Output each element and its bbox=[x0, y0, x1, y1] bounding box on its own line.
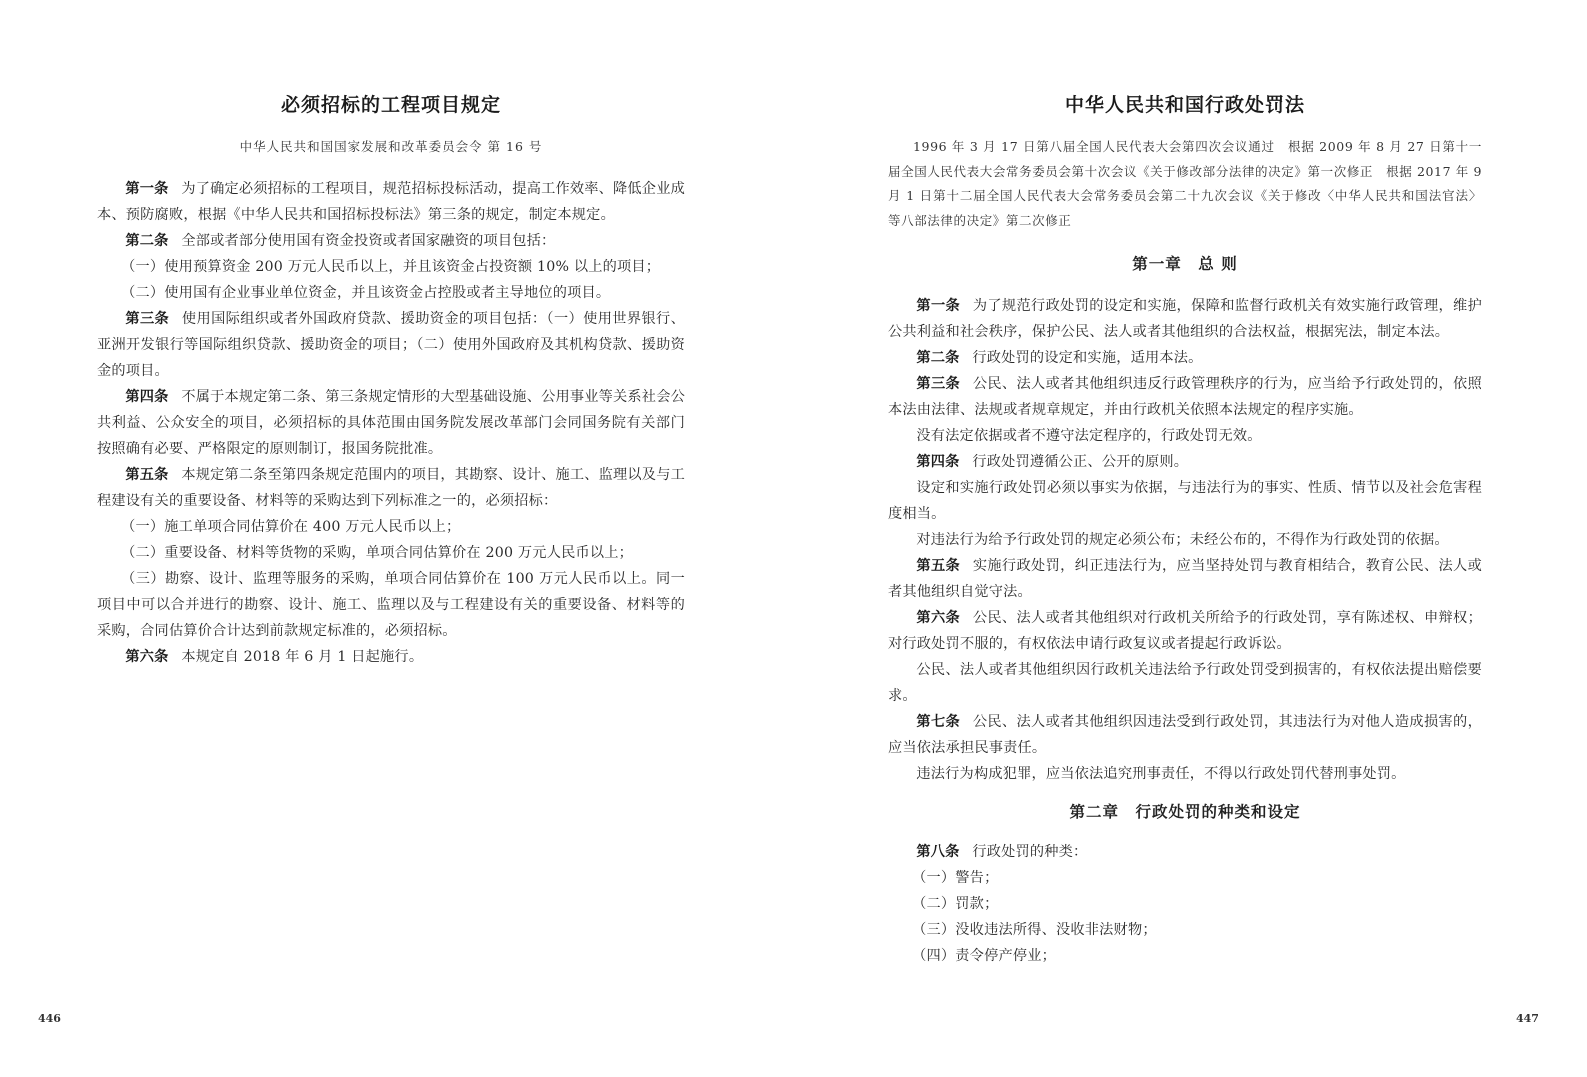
list-item: （一）施工单项合同估算价在 400 万元人民币以上； bbox=[97, 514, 685, 540]
article-text: 为了规范行政处罚的设定和实施，保障和监督行政机关有效实施行政管理，维护公共利益和… bbox=[888, 298, 1482, 340]
document-title: 必须招标的工程项目规定 bbox=[97, 90, 685, 117]
list-item-text: （二）使用国有企业事业单位资金，并且该资金占控股或者主导地位的项目。 bbox=[121, 285, 610, 301]
article-number: 第八条 bbox=[916, 844, 959, 860]
chapter-heading: 第二章 行政处罚的种类和设定 bbox=[888, 797, 1482, 827]
paragraph: 违法行为构成犯罪，应当依法追究刑事责任，不得以行政处罚代替刑事处罚。 bbox=[888, 761, 1482, 787]
article-number: 第三条 bbox=[916, 376, 960, 392]
article-text: 全部或者部分使用国有资金投资或者国家融资的项目包括： bbox=[181, 233, 555, 249]
list-item-text: （一）施工单项合同估算价在 400 万元人民币以上； bbox=[121, 519, 460, 535]
article-paragraph: 第五条本规定第二条至第四条规定范围内的项目，其勘察、设计、施工、监理以及与工程建… bbox=[97, 462, 685, 514]
list-item-text: （二）罚款； bbox=[912, 896, 998, 912]
paragraph-text: 对违法行为给予行政处罚的规定必须公布；未经公布的，不得作为行政处罚的依据。 bbox=[916, 532, 1448, 548]
paragraph-text: 设定和实施行政处罚必须以事实为依据，与违法行为的事实、性质、情节以及社会危害程度… bbox=[888, 480, 1482, 522]
article-paragraph: 第四条行政处罚遵循公正、公开的原则。 bbox=[888, 449, 1482, 475]
article-text: 公民、法人或者其他组织对行政机关所给予的行政处罚，享有陈述权、申辩权；对行政处罚… bbox=[888, 610, 1482, 652]
list-item: （四）责令停产停业； bbox=[888, 943, 1482, 969]
article-text: 本规定第二条至第四条规定范围内的项目，其勘察、设计、施工、监理以及与工程建设有关… bbox=[97, 467, 685, 509]
article-number: 第七条 bbox=[916, 714, 960, 730]
article-paragraph: 第二条行政处罚的设定和实施，适用本法。 bbox=[888, 345, 1482, 371]
article-text: 行政处罚的设定和实施，适用本法。 bbox=[972, 350, 1202, 366]
article-number: 第二条 bbox=[916, 350, 959, 366]
article-paragraph: 第一条为了确定必须招标的工程项目，规范招标投标活动，提高工作效率、降低企业成本、… bbox=[97, 176, 685, 228]
article-paragraph: 第六条公民、法人或者其他组织对行政机关所给予的行政处罚，享有陈述权、申辩权；对行… bbox=[888, 605, 1482, 657]
article-paragraph: 第六条本规定自 2018 年 6 月 1 日起施行。 bbox=[97, 644, 685, 670]
article-paragraph: 第三条公民、法人或者其他组织违反行政管理秩序的行为，应当给予行政处罚的，依照本法… bbox=[888, 371, 1482, 423]
list-item-text: （一）警告； bbox=[912, 870, 998, 886]
article-text: 本规定自 2018 年 6 月 1 日起施行。 bbox=[181, 649, 423, 665]
article-paragraph: 第二条全部或者部分使用国有资金投资或者国家融资的项目包括： bbox=[97, 228, 685, 254]
article-paragraph: 第八条行政处罚的种类： bbox=[888, 839, 1482, 865]
list-item: （三）勘察、设计、监理等服务的采购，单项合同估算价在 100 万元人民币以上。同… bbox=[97, 566, 685, 644]
article-number: 第四条 bbox=[916, 454, 959, 470]
paragraph-text: 违法行为构成犯罪，应当依法追究刑事责任，不得以行政处罚代替刑事处罚。 bbox=[916, 766, 1405, 782]
article-paragraph: 第三条使用国际组织或者外国政府贷款、援助资金的项目包括：（一）使用世界银行、亚洲… bbox=[97, 306, 685, 384]
left-page-body: 第一条为了确定必须招标的工程项目，规范招标投标活动，提高工作效率、降低企业成本、… bbox=[97, 176, 685, 670]
article-paragraph: 第一条为了规范行政处罚的设定和实施，保障和监督行政机关有效实施行政管理，维护公共… bbox=[888, 293, 1482, 345]
page-number-left: 446 bbox=[38, 1012, 61, 1025]
list-item: （一）使用预算资金 200 万元人民币以上，并且该资金占投资额 10% 以上的项… bbox=[97, 254, 685, 280]
article-number: 第三条 bbox=[125, 311, 169, 327]
list-item: （二）罚款； bbox=[888, 891, 1482, 917]
article-paragraph: 第四条不属于本规定第二条、第三条规定情形的大型基础设施、公用事业等关系社会公共利… bbox=[97, 384, 685, 462]
article-text: 使用国际组织或者外国政府贷款、援助资金的项目包括：（一）使用世界银行、亚洲开发银… bbox=[97, 311, 685, 379]
article-number: 第五条 bbox=[916, 558, 960, 574]
paragraph-text: 没有法定依据或者不遵守法定程序的，行政处罚无效。 bbox=[916, 428, 1261, 444]
article-text: 公民、法人或者其他组织因违法受到行政处罚，其违法行为对他人造成损害的，应当依法承… bbox=[888, 714, 1482, 756]
paragraph: 公民、法人或者其他组织因行政机关违法给予行政处罚受到损害的，有权依法提出赔偿要求… bbox=[888, 657, 1482, 709]
article-text: 为了确定必须招标的工程项目，规范招标投标活动，提高工作效率、降低企业成本、预防腐… bbox=[97, 181, 685, 223]
right-page: 中华人民共和国行政处罚法 1996 年 3 月 17 日第八届全国人民代表大会第… bbox=[888, 0, 1482, 1077]
article-text: 公民、法人或者其他组织违反行政管理秩序的行为，应当给予行政处罚的，依照本法由法律… bbox=[888, 376, 1482, 418]
list-item: （二）使用国有企业事业单位资金，并且该资金占控股或者主导地位的项目。 bbox=[97, 280, 685, 306]
list-item: （一）警告； bbox=[888, 865, 1482, 891]
paragraph: 没有法定依据或者不遵守法定程序的，行政处罚无效。 bbox=[888, 423, 1482, 449]
list-item-text: （三）勘察、设计、监理等服务的采购，单项合同估算价在 100 万元人民币以上。同… bbox=[97, 571, 685, 639]
list-item-text: （四）责令停产停业； bbox=[912, 948, 1056, 964]
article-paragraph: 第五条实施行政处罚，纠正违法行为，应当坚持处罚与教育相结合，教育公民、法人或者其… bbox=[888, 553, 1482, 605]
article-text: 行政处罚的种类： bbox=[972, 844, 1087, 860]
page-number-right: 447 bbox=[1516, 1012, 1539, 1025]
paragraph: 对违法行为给予行政处罚的规定必须公布；未经公布的，不得作为行政处罚的依据。 bbox=[888, 527, 1482, 553]
list-item: （二）重要设备、材料等货物的采购，单项合同估算价在 200 万元人民币以上； bbox=[97, 540, 685, 566]
list-item-text: （三）没收违法所得、没收非法财物； bbox=[912, 922, 1157, 938]
right-page-body: 第一章 总 则 第一条为了规范行政处罚的设定和实施，保障和监督行政机关有效实施行… bbox=[888, 249, 1482, 969]
chapter-heading: 第一章 总 则 bbox=[888, 249, 1482, 279]
article-number: 第四条 bbox=[125, 389, 168, 405]
article-number: 第六条 bbox=[916, 610, 960, 626]
article-number: 第二条 bbox=[125, 233, 168, 249]
article-number: 第五条 bbox=[125, 467, 168, 483]
paragraph: 设定和实施行政处罚必须以事实为依据，与违法行为的事实、性质、情节以及社会危害程度… bbox=[888, 475, 1482, 527]
paragraph-text: 公民、法人或者其他组织因行政机关违法给予行政处罚受到损害的，有权依法提出赔偿要求… bbox=[888, 662, 1482, 704]
list-item-text: （二）重要设备、材料等货物的采购，单项合同估算价在 200 万元人民币以上； bbox=[121, 545, 633, 561]
article-text: 行政处罚遵循公正、公开的原则。 bbox=[972, 454, 1188, 470]
article-number: 第一条 bbox=[125, 181, 168, 197]
article-number: 第六条 bbox=[125, 649, 168, 665]
document-preamble: 1996 年 3 月 17 日第八届全国人民代表大会第四次会议通过 根据 200… bbox=[888, 135, 1482, 233]
list-item: （三）没收违法所得、没收非法财物； bbox=[888, 917, 1482, 943]
document-subtitle: 中华人民共和国国家发展和改革委员会令 第 16 号 bbox=[97, 137, 685, 155]
article-number: 第一条 bbox=[916, 298, 960, 314]
left-page: 必须招标的工程项目规定 中华人民共和国国家发展和改革委员会令 第 16 号 第一… bbox=[97, 0, 685, 1077]
article-text: 实施行政处罚，纠正违法行为，应当坚持处罚与教育相结合，教育公民、法人或者其他组织… bbox=[888, 558, 1482, 600]
document-title: 中华人民共和国行政处罚法 bbox=[888, 90, 1482, 117]
article-text: 不属于本规定第二条、第三条规定情形的大型基础设施、公用事业等关系社会公共利益、公… bbox=[97, 389, 685, 457]
list-item-text: （一）使用预算资金 200 万元人民币以上，并且该资金占投资额 10% 以上的项… bbox=[121, 259, 660, 275]
article-paragraph: 第七条公民、法人或者其他组织因违法受到行政处罚，其违法行为对他人造成损害的，应当… bbox=[888, 709, 1482, 761]
